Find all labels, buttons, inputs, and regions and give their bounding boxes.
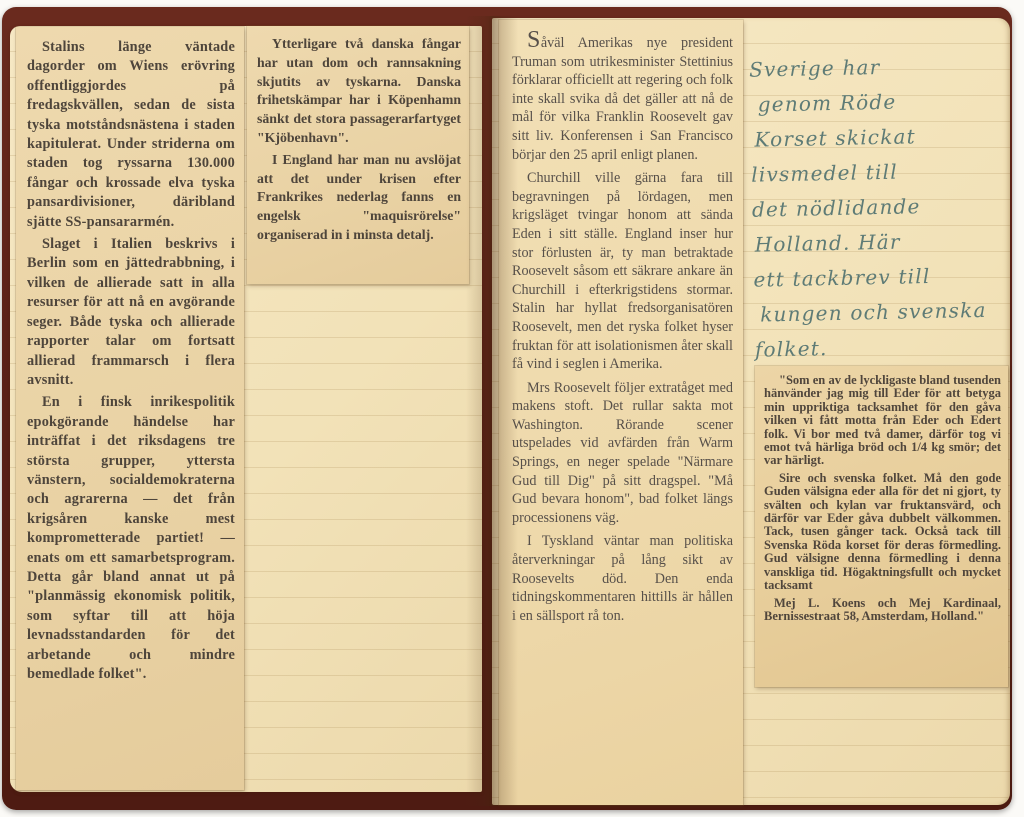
handwritten-line: det nödlidande — [752, 187, 1011, 227]
clipping-signature: Mej L. Koens och Mej Kardinaal, Bernisse… — [764, 597, 1001, 624]
handwritten-line: folket. — [755, 327, 1014, 367]
clipping-thanks-letter: "Som en av de lyckligaste bland tusenden… — [755, 366, 1008, 687]
handwritten-line: ett tackbrev till — [753, 257, 1012, 297]
scrapbook-spread: Stalins länge väntade dagorder om Wiens … — [0, 0, 1024, 817]
clipping-paragraph: Churchill ville gärna fara till begravni… — [512, 169, 733, 374]
clipping-paragraph: "Som en av de lyckligaste bland tusenden… — [764, 374, 1001, 468]
clipping-paragraph: Mrs Roosevelt följer extratåget med make… — [512, 379, 733, 528]
handwritten-line: genom Röde — [749, 82, 1008, 122]
clipping-paragraph: Såväl Amerikas nye president Truman som … — [512, 33, 733, 164]
clipping-paragraph: I England har man nu avslöjat att det un… — [257, 151, 461, 245]
clipping-paragraph: Slaget i Italien beskrivs i Berlin som e… — [27, 235, 235, 390]
clipping-truman-roosevelt: Såväl Amerikas nye president Truman som … — [499, 20, 743, 805]
clipping-stalin-vienna: Stalins länge väntade dagorder om Wiens … — [16, 27, 244, 790]
handwritten-note: Sverige har genom Röde Korset skickat li… — [749, 47, 1014, 370]
handwritten-line: kungen och svenska — [754, 292, 1013, 332]
clipping-danish-prisoners: Ytterligare två danska fångar har utan d… — [247, 26, 469, 284]
clipping-paragraph: I Tyskland väntar man politiska återverk… — [512, 532, 733, 625]
handwritten-line: Korset skickat — [750, 117, 1009, 157]
clipping-paragraph: En i finsk inrikespolitik epokgörande hä… — [27, 393, 235, 684]
handwritten-line: livsmedel till — [751, 152, 1010, 192]
clipping-paragraph: Stalins länge väntade dagorder om Wiens … — [27, 38, 235, 232]
clipping-paragraph: Sire och svenska folket. Må den gode Gud… — [764, 472, 1001, 593]
handwritten-line: Holland. Här — [752, 222, 1011, 262]
clipping-paragraph: Ytterligare två danska fångar har utan d… — [257, 35, 461, 148]
handwritten-line: Sverige har — [749, 47, 1008, 87]
